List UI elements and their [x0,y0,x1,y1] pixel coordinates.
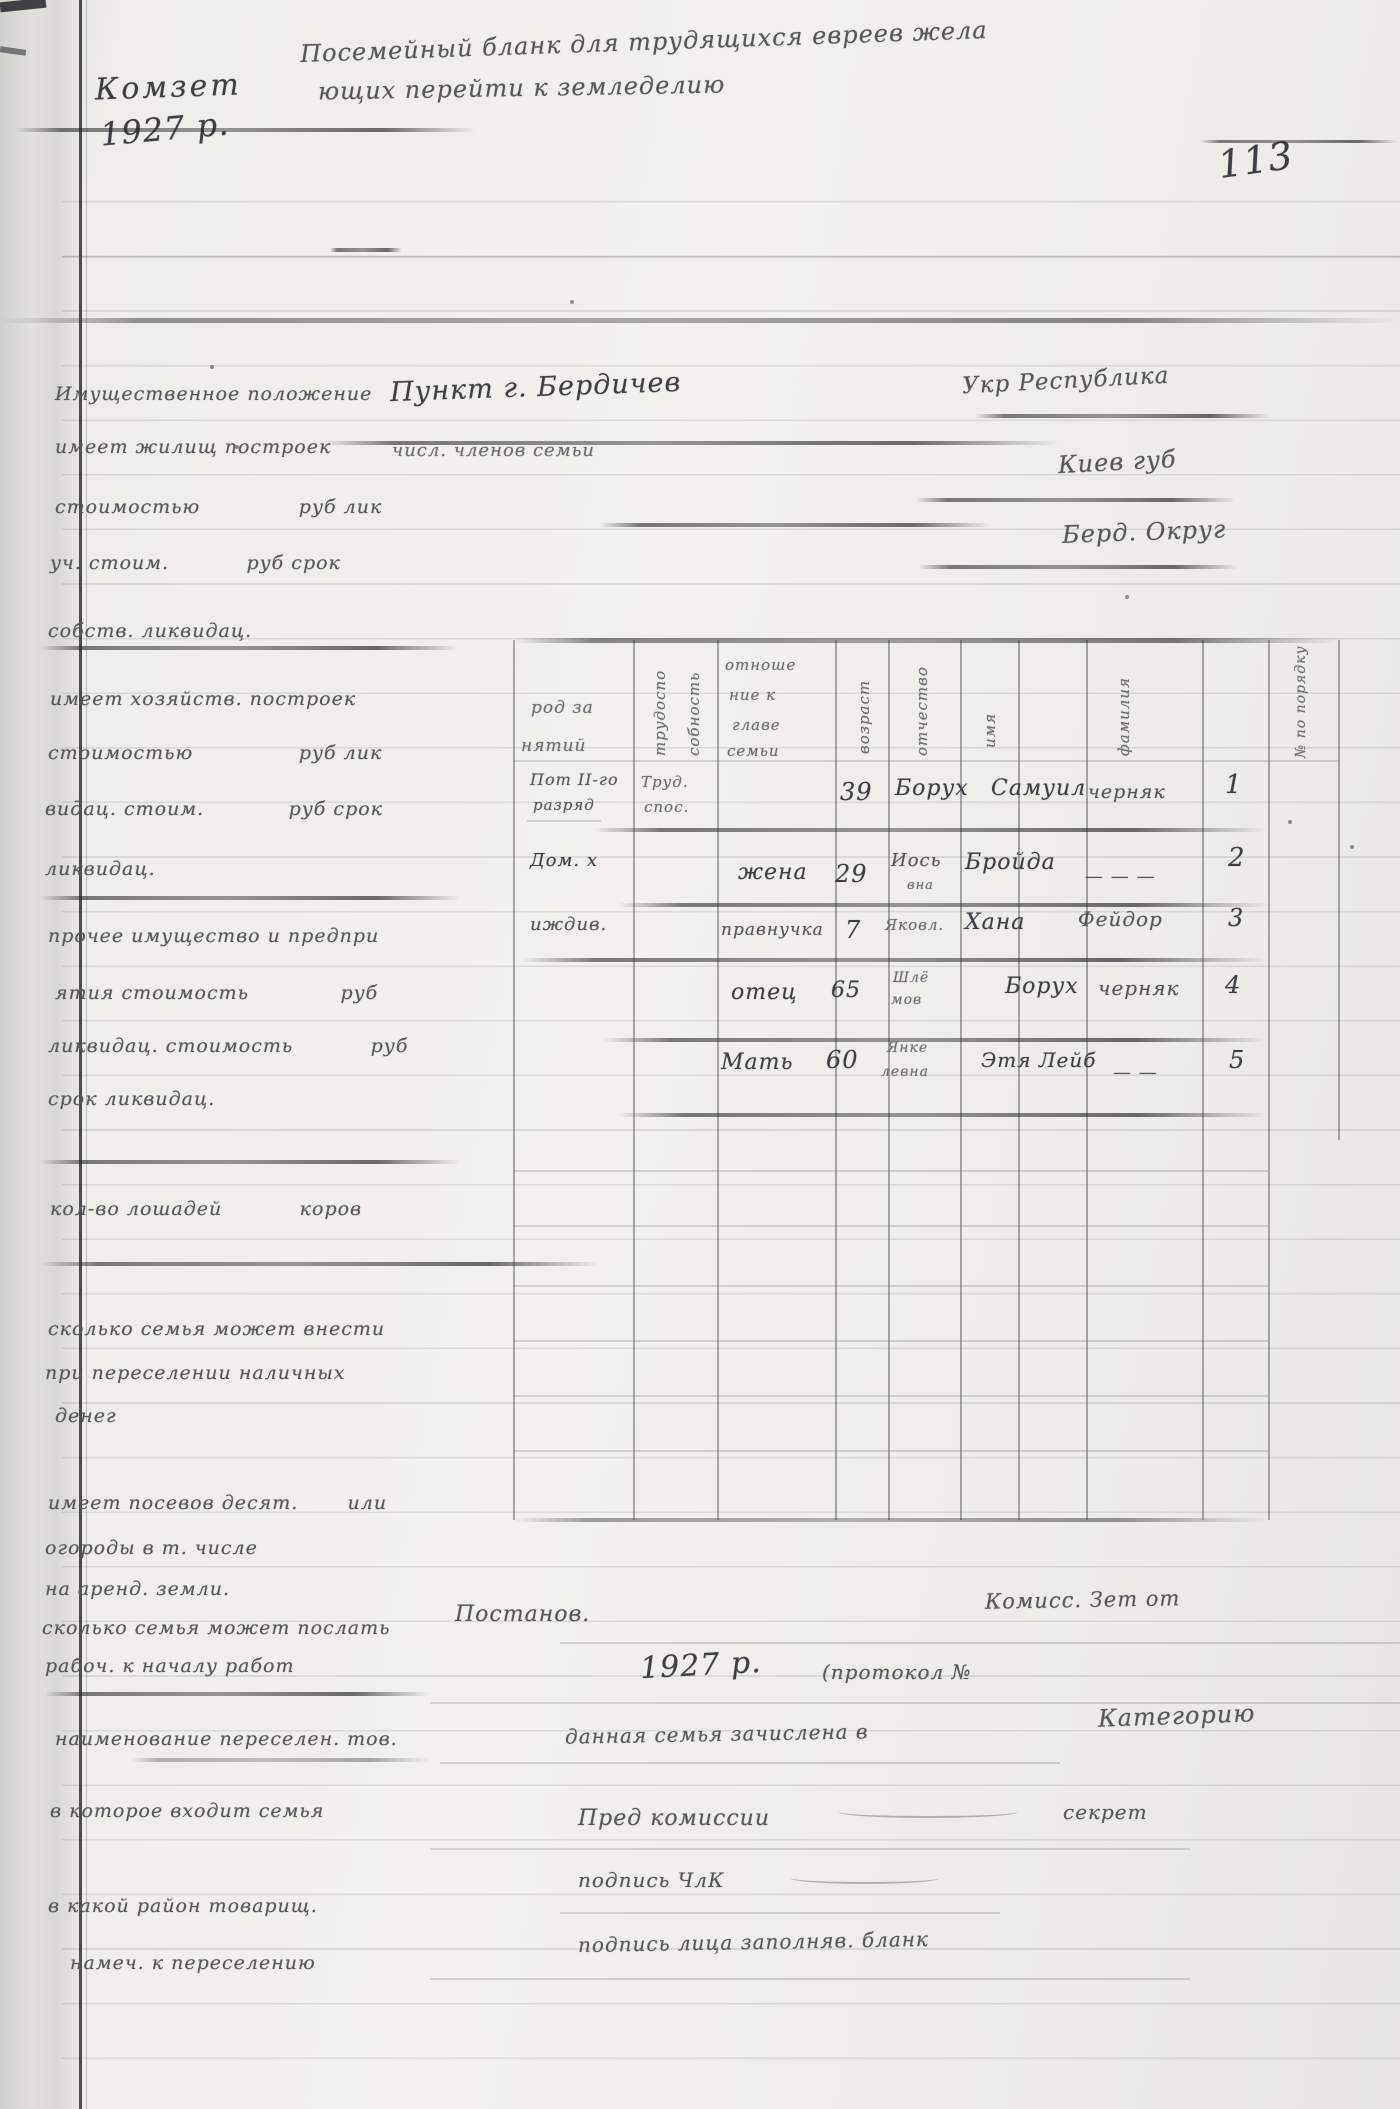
col-header-occupation: род за [531,698,594,718]
fill-line [560,1642,1400,1644]
section-divider [130,1758,430,1762]
table-top-border [513,638,1340,643]
property-line: ятия стоимость руб [55,982,378,1004]
heavy-rule-line [0,318,1400,323]
table-hline [513,1395,1268,1397]
property-line: сколько семья может внести [48,1318,385,1340]
property-line: при переселении наличных [45,1362,346,1384]
document-title-line-1: Посемейный бланк для трудящихся евреев ж… [300,16,988,68]
underline-org [15,128,475,132]
bottom-left-line: в которое входит семья [50,1800,324,1822]
property-line: имеет хозяйств. построек [50,688,356,710]
cell-number: 3 [1228,904,1244,932]
underline-district [918,565,1238,569]
property-line: кол-во лошадей коров [50,1198,362,1220]
col-header-labor: трудоспо [651,670,669,756]
property-line: имеет посевов десят. или [48,1492,387,1514]
cell-occupation: Дом. х [530,850,598,871]
property-line: на аренд. земли. [45,1578,230,1600]
table-vline-right [1338,640,1340,1140]
property-line: рабоч. к началу работ [45,1655,295,1677]
cell-patronymic: Борух [895,776,969,801]
table-hline [513,1170,1268,1172]
table-vline [835,640,837,1520]
property-line: уч. стоим. руб срок [50,552,341,574]
ink-speck [1350,845,1354,849]
signature-scribble [838,1806,1018,1818]
section-divider [40,896,460,900]
fill-line [430,1978,1190,1980]
cell-patronymic: Янке [887,1040,928,1056]
underline-province [915,498,1235,502]
cell-surname: — — [1113,1062,1158,1083]
bottom-left-line: намеч. к переселению [70,1952,316,1974]
document-title-line-2: ющих перейти к земледелию [318,70,726,105]
org-name: Комзет [94,67,242,107]
cell-age: 29 [835,860,868,888]
property-line: видац. стоим. руб срок [45,798,383,820]
table-vline [960,640,962,1520]
col-header-relation-3: главе [732,716,781,734]
row-underline [593,828,1268,832]
property-line: собств. ликвидац. [48,620,252,642]
table-hline [513,760,1340,762]
cell-name: Самуил [991,776,1086,801]
col-header-relation-4: семьи [727,742,780,760]
cell-patronymic: Шлё [893,970,929,986]
rule-line-top [62,256,1400,258]
ink-speck [210,365,214,369]
signature-scribble [790,1872,940,1884]
ink-speck [235,445,239,449]
table-vline [1018,640,1020,1520]
field-district: Берд. Округ [1062,515,1227,549]
col-header-surname: фамилия [1115,677,1133,756]
property-line: ликвидац. [45,858,156,880]
bottom-left-line: наименование переселен. тов. [55,1728,398,1750]
underline-republic [975,414,1270,418]
row-underline [618,1113,1268,1117]
cell-relation: жена [738,860,808,885]
col-header-labor-2: собность [685,672,703,756]
cell-name: Этя Лейб [981,1048,1096,1072]
cell-patronymic: Яковл. [885,916,944,934]
property-line: Имущественное положение [55,383,372,405]
cell-surname: черняк [1088,781,1166,803]
ink-speck [1125,595,1129,599]
property-line: срок ликвидац. [48,1088,215,1110]
chairman-label: Пред комиссии [578,1806,770,1831]
section-divider [45,1692,430,1696]
cell-surname: Фейдор [1078,907,1163,931]
scanned-document-page: Посемейный бланк для трудящихся евреев ж… [0,0,1400,2109]
dashed-fill-line [600,523,990,527]
fill-line [430,1848,1190,1850]
cell-labor-2: спос. [644,798,689,816]
cell-number: 5 [1229,1046,1245,1074]
cell-occupation-2: разряд [533,796,595,814]
section-divider [40,1160,460,1164]
table-vline [1202,640,1204,1520]
property-line: сколько семья может послать [42,1617,391,1639]
property-line: стоимостью руб лик [48,742,382,764]
table-hline [513,1340,1268,1342]
property-line: ликвидац. стоимость руб [48,1035,408,1057]
resolution-protocol: (протокол № [822,1660,972,1684]
bottom-left-line: в какой район товарищ. [48,1895,318,1917]
cell-age: 7 [845,916,861,944]
property-line: стоимостью руб лик [55,496,382,518]
property-line: огороды в т. числе [45,1537,258,1559]
cell-name: Хана [965,910,1025,935]
row-underline [521,958,1268,962]
col-header-age: возраст [855,680,873,754]
table-bottom-border [513,1518,1268,1522]
col-header-relation-2: ние к [729,686,776,704]
table-vline [513,640,515,1520]
section-divider [40,646,460,650]
cell-occupation: Пот II-го [530,770,619,789]
property-line: имеет жилищ построек [55,436,331,458]
cell-relation: Мать [721,1050,793,1075]
cell-name: Борух [1005,974,1079,999]
cell-age: 39 [840,778,873,806]
cell-relation: правнучка [721,920,824,940]
cell-number: 2 [1228,843,1246,873]
col-header-name: имя [981,713,999,748]
row-underline [603,1038,1268,1042]
table-hline [513,1225,1268,1227]
cell-labor: Труд. [641,773,689,791]
resolution-postanov: Постанов. [455,1602,590,1627]
cell-patronymic-2: мов [891,992,922,1008]
col-header-patronymic: отчество [913,666,931,756]
ink-speck [1288,820,1292,824]
row-underline [618,903,1268,907]
col-header-relation: отноше [725,656,796,674]
cell-age: 65 [831,978,861,1003]
fill-line [560,1912,1000,1914]
cell-number: 1 [1225,770,1243,800]
cell-occupation: иждив. [530,914,607,935]
property-line: денег [55,1405,117,1427]
cell-patronymic: Иось [891,850,941,871]
dash-mark [330,248,402,252]
resolution-year: 1927 р. [639,1645,762,1686]
ink-speck [570,300,574,304]
cell-patronymic-2: левна [881,1064,929,1080]
cell-underline [527,820,601,822]
cell-number: 4 [1225,971,1241,999]
table-vline [633,640,635,1520]
table-hline [513,1450,1268,1452]
cell-age: 60 [826,1046,859,1074]
cell-surname: — — — [1085,866,1155,887]
property-line: прочее имущество и предпри [48,925,379,947]
table-hline [513,1285,1268,1287]
family-members-table: род за нятий трудоспо собность отноше ни… [513,640,1340,1520]
cell-relation: отец [731,980,797,1005]
table-vline [1086,640,1088,1520]
table-vline [888,640,890,1520]
col-header-number: № по порядку [1293,645,1309,758]
col-header-occupation-2: нятий [521,736,586,756]
resolution-category: Категорию [1098,1699,1256,1732]
cell-patronymic-2: вна [907,878,934,893]
fill-line [440,1762,1060,1764]
table-vline [717,640,719,1520]
table-vline [1268,640,1270,1520]
cell-name: Бройда [965,850,1056,875]
secretary-label: секрет [1063,1800,1148,1824]
member-signature-label: подпись ЧлК [578,1868,724,1892]
cell-surname: черняк [1098,976,1179,1000]
resolution-commission: Комисс. Зет от [985,1586,1181,1613]
underline-top-right [1200,140,1398,143]
underline-point [320,441,1060,445]
